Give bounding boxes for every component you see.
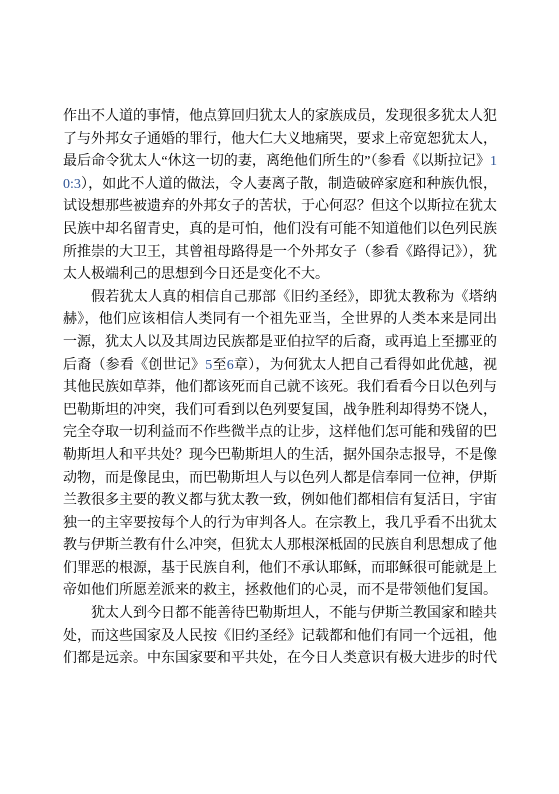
paragraph: 假若犹太人真的相信自己那部《旧约圣经》，即犹太教称为《塔纳赫》，他们应该相信人类… [63, 287, 497, 603]
text-run: 作出不人道的事情，他点算回归犹太人的家族成员，发现很多犹太人犯了与外邦女子通婚的… [63, 109, 497, 169]
paragraph: 犹太人到今日都不能善待巴勒斯坦人，不能与伊斯兰教国家和睦共处，而这些国家及人民按… [63, 603, 497, 671]
document-page: 作出不人道的事情，他点算回归犹太人的家族成员，发现很多犹太人犯了与外邦女子通婚的… [0, 0, 559, 794]
scripture-reference: 6 [227, 358, 234, 373]
text-run: 犹太人到今日都不能善待巴勒斯坦人，不能与伊斯兰教国家和睦共处，而这些国家及人民按… [63, 606, 497, 666]
paragraph: 作出不人道的事情，他点算回归犹太人的家族成员，发现很多犹太人犯了与外邦女子通婚的… [63, 106, 497, 287]
document-text-block: 作出不人道的事情，他点算回归犹太人的家族成员，发现很多犹太人犯了与外邦女子通婚的… [63, 106, 497, 671]
text-run: ），如此不人道的做法，令人妻离子散，制造破碎家庭和种族仇恨，试设想那些被遗弃的外… [63, 177, 497, 282]
text-run: 至 [212, 358, 226, 373]
text-run: 章），为何犹太人把自己看得如此优越，视其他民族如草莽，他们都该死而自己就不该死。… [63, 358, 497, 599]
